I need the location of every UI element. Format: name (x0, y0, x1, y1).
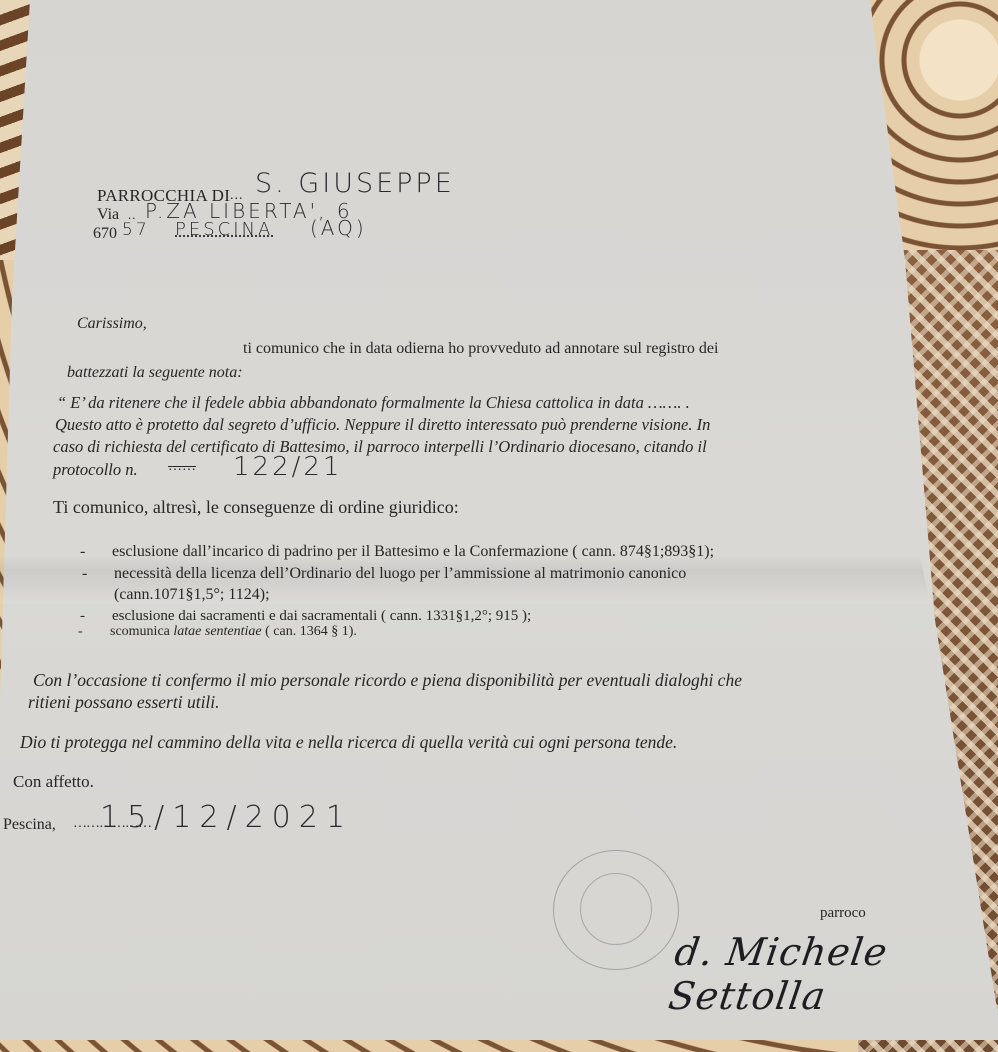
list-item: -scomunica latae sententiae ( can. 1364 … (78, 624, 357, 640)
place-label: Pescina, (3, 816, 56, 834)
consequences-heading: Ti comunico, altresì, le conseguenze di … (53, 497, 459, 518)
note-line-3: caso di richiesta del certificato di Bat… (53, 437, 707, 457)
cap-handwritten: 57 (122, 220, 150, 240)
intro-line-1: ti comunico che in data odierna ho provv… (243, 340, 718, 358)
date-handwritten: 15/12/2021 (100, 800, 353, 835)
signatory-role: parroco (820, 905, 866, 922)
blessing: Dio ti protegga nel cammino della vita e… (20, 732, 677, 753)
note-line-1: “ E’ da ritenere che il fedele abbia abb… (57, 393, 690, 413)
regards: Con affetto. (13, 772, 94, 792)
protocol-number-handwritten: 122/21 (233, 452, 342, 482)
list-item-continuation: (cann.1071§1,5°; 1124); (114, 586, 270, 604)
note-line-2: Questo atto è protetto dal segreto d’uff… (55, 415, 710, 435)
occasion-line-2: ritieni possano esserti utili. (28, 692, 220, 713)
list-item: -necessità della licenza dell’Ordinario … (82, 565, 686, 583)
province-handwritten: (AQ) (310, 216, 367, 240)
via-label: Via (97, 206, 119, 224)
signature: d. Michele Settolla (666, 930, 998, 1018)
city-handwritten: PESCINA (175, 219, 273, 240)
intro-line-2: battezzati la seguente nota: (67, 364, 243, 382)
list-item: -esclusione dall’incarico di padrino per… (80, 543, 714, 561)
cap-printed: 670 (93, 225, 117, 243)
protocol-struck-placeholder: …… (168, 459, 196, 475)
letter-sheet (0, 0, 998, 1052)
salutation: Carissimo, (77, 315, 147, 333)
list-item: -esclusione dai sacramenti e dai sacrame… (80, 608, 531, 625)
occasion-line-1: Con l’occasione ti confermo il mio perso… (33, 670, 742, 691)
parish-name-handwritten: S. GIUSEPPE (255, 168, 455, 199)
parish-seal-stamp (553, 850, 679, 970)
protocol-label: protocollo n. (53, 460, 138, 480)
